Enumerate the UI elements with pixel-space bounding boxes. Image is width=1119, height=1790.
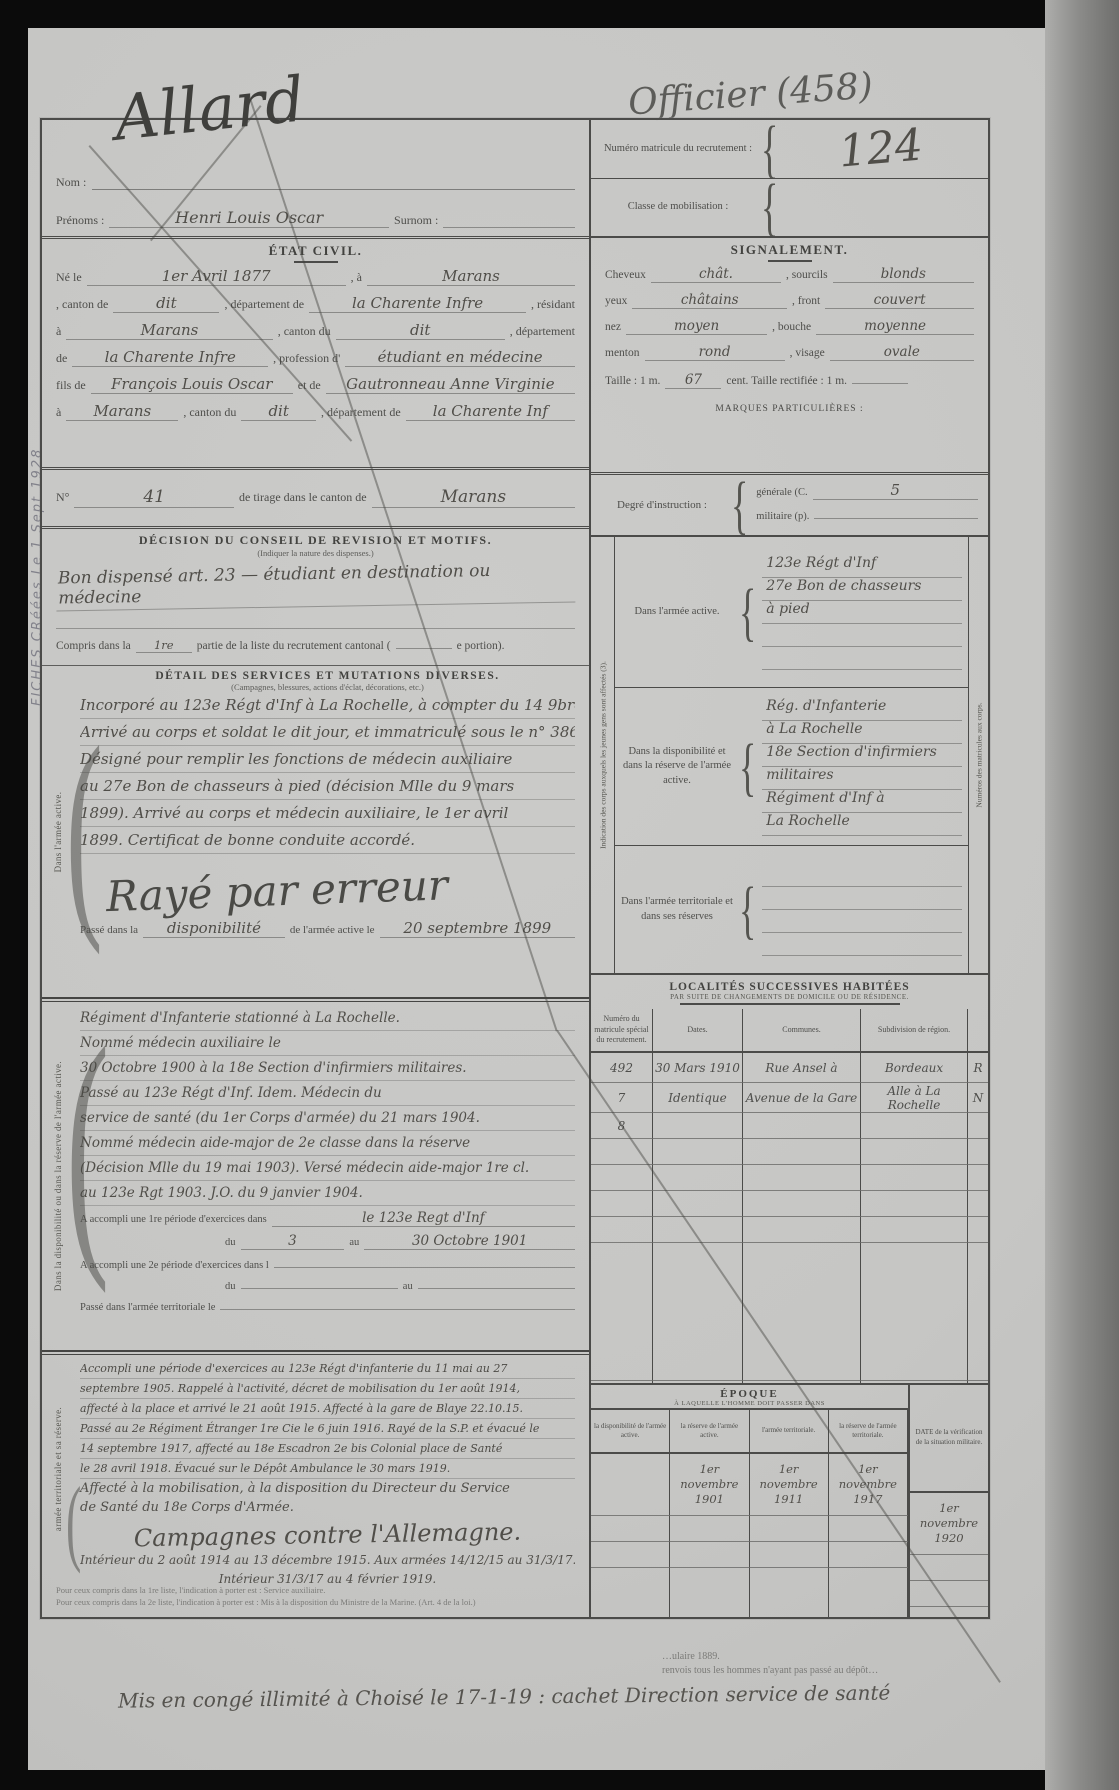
numero-matricule-value: 124: [780, 120, 981, 178]
tirage-number: 41: [74, 487, 234, 508]
handwritten-fill: châtains: [632, 292, 787, 309]
services-line: au 27e Bon de chasseurs à pied (décision…: [80, 773, 575, 800]
footnotes: Pour ceux compris dans la 1re liste, l'i…: [42, 1583, 589, 1617]
empty-cell: [743, 1381, 861, 1383]
blank-ruled-line: [762, 910, 962, 933]
corps-line: La Rochelle: [762, 813, 962, 836]
prenoms-label: Prénoms :: [56, 213, 104, 228]
empty-cell: [591, 1516, 670, 1542]
printed-label: au: [403, 1281, 413, 1292]
tirage-label-2: de tirage dans le canton de: [239, 490, 367, 505]
blank-ruled-line: [762, 647, 962, 670]
services-line: Incorporé au 123e Régt d'Inf à La Rochel…: [80, 692, 575, 719]
signalement-row-4: menton rond , visage ovale: [605, 344, 974, 370]
empty-cell: [591, 1542, 670, 1568]
epoque-left: ÉPOQUE À LAQUELLE L'HOMME DOIT PASSER DA…: [591, 1385, 910, 1617]
corps-active-label: Dans l'armée active.: [621, 605, 733, 619]
reserve-line: au 123e Rgt 1903. J.O. du 9 janvier 1904…: [80, 1181, 575, 1206]
printed-label: menton: [605, 347, 640, 359]
localites-section: LOCALITÉS SUCCESSIVES HABITÉES PAR SUITE…: [591, 975, 988, 1385]
etat-civil-section: ÉTAT CIVIL. Né le 1er Avril 1877 , à Mar…: [42, 239, 589, 467]
empty-cell: [829, 1568, 908, 1617]
decision-handwritten: Bon dispensé art. 23 — étudiant en desti…: [56, 553, 576, 611]
empty-cell: [670, 1542, 749, 1568]
cell-matricule: 492: [591, 1053, 653, 1083]
col-header-subdivision: Subdivision de région.: [861, 1009, 968, 1053]
localites-title: LOCALITÉS SUCCESSIVES HABITÉES: [595, 981, 984, 993]
title-rule: [294, 261, 338, 263]
empty-cell: [591, 1191, 653, 1217]
col-header-dates: Dates.: [653, 1009, 743, 1053]
empty-cell: [968, 1113, 988, 1139]
corps-disponibilite-label: Dans la disponibilité et dans la réserve…: [621, 745, 733, 788]
heading-rule: [680, 1003, 900, 1005]
campagne-detail-line: Intérieur du 2 août 1914 au 13 décembre …: [80, 1551, 575, 1570]
printed-label: , canton du: [278, 324, 331, 339]
epoque-heading: ÉPOQUE À LAQUELLE L'HOMME DOIT PASSER DA…: [591, 1385, 908, 1408]
empty-cell: [861, 1381, 968, 1383]
printed-label: Compris dans la: [56, 640, 131, 652]
handwritten-fill: 20 septembre 1899: [380, 919, 575, 938]
printed-label: fils de: [56, 378, 86, 393]
handwritten-fill: chât.: [651, 266, 781, 283]
corps-line: Régiment d'Inf à: [762, 790, 962, 813]
reserve-side-label: Dans la disponibilité ou dans la réserve…: [53, 1061, 63, 1291]
printed-label: générale (C.: [756, 487, 807, 498]
empty-cell: [743, 1243, 861, 1381]
printed-label: , canton de: [56, 297, 108, 312]
etat-row-1: Né le 1er Avril 1877 , à Marans: [56, 267, 575, 294]
territorial-side-label: armée territoriale et sa réserve.: [53, 1407, 63, 1531]
territorial-line: septembre 1905. Rappelé à l'activité, dé…: [80, 1379, 575, 1399]
left-column: Nom : Allard Prénoms : Henri Louis Oscar…: [42, 120, 591, 1617]
corps-territoriale: Dans l'armée territoriale et dans ses ré…: [615, 845, 968, 973]
empty-cell: [591, 1381, 653, 1383]
printed-label: , canton du: [183, 405, 236, 420]
signalement-row-2: yeux châtains , front couvert: [605, 292, 974, 318]
handwritten-fill: la Charente Infre: [72, 348, 268, 367]
printed-label: à: [56, 405, 61, 420]
territorial-line: le 28 avril 1918. Évacué sur le Dépôt Am…: [80, 1459, 575, 1479]
empty-cell: [861, 1191, 968, 1217]
cell-note: R: [968, 1053, 988, 1083]
campagne-detail-line: Intérieur 31/3/17 au 4 février 1919.: [80, 1570, 575, 1583]
handwritten-fill: moyen: [626, 318, 767, 335]
empty-cell: [910, 1581, 988, 1607]
note-line: renvois tous les hommes n'ayant pas pass…: [662, 1664, 1018, 1678]
cell-matricule: 7: [591, 1083, 653, 1113]
printed-label: , bouche: [772, 321, 811, 333]
cell-subdivision: Alle à La Rochelle: [861, 1083, 968, 1113]
periode-2-dates: du au: [80, 1275, 575, 1292]
epoque-subtitle: À LAQUELLE L'HOMME DOIT PASSER DANS: [593, 1400, 906, 1407]
handwritten-fill: Gautronneau Anne Virginie: [326, 375, 575, 394]
reserve-line: Régiment d'Infanterie stationné à La Roc…: [80, 1006, 575, 1031]
localites-table: Numéro du matricule spécial du recruteme…: [591, 1009, 988, 1383]
epoque-date-column: DATE de la vérification de la situation …: [910, 1385, 988, 1617]
bottom-right-printed-note: …ulaire 1889. renvois tous les hommes n'…: [662, 1650, 1018, 1678]
handwritten-fill: François Louis Oscar: [91, 375, 293, 394]
printed-label: de: [56, 351, 67, 366]
corps-line: 27e Bon de chasseurs: [762, 578, 962, 601]
corps-section: Indication des corps auxquels les jeunes…: [591, 537, 988, 975]
empty-cell: [591, 1568, 670, 1617]
tirage-row: N° 41 de tirage dans le canton de Marans: [42, 470, 589, 526]
empty-cell: [750, 1568, 829, 1617]
empty-cell: [750, 1516, 829, 1542]
printed-label: A accompli une 1re période d'exercices d…: [80, 1214, 267, 1225]
mobilisation-line: Affecté à la mobilisation, à la disposit…: [80, 1479, 575, 1498]
spacer: [80, 1275, 220, 1289]
instruction-value: 5: [813, 481, 978, 500]
title-rule: [768, 260, 812, 262]
territorial-line: 14 septembre 1917, affecté au 18e Escadr…: [80, 1439, 575, 1459]
footnote-line: Pour ceux compris dans la 2e liste, l'in…: [56, 1597, 575, 1608]
handwritten-fill: la Charente Inf: [406, 402, 575, 421]
territorial-line: affecté à la place et arrivé le 21 août …: [80, 1399, 575, 1419]
corps-line: 18e Section d'infirmiers: [762, 744, 962, 767]
empty-cell: [968, 1243, 988, 1381]
reserve-section: Dans la disponibilité ou dans la réserve…: [42, 1002, 589, 1350]
instruction-lines: générale (C. 5 militaire (p).: [756, 481, 978, 529]
signalement-title: SIGNALEMENT.: [605, 242, 974, 258]
signalement-section: SIGNALEMENT. Cheveux chât. , sourcils bl…: [591, 238, 988, 472]
corps-territoriale-label: Dans l'armée territoriale et dans ses ré…: [621, 895, 733, 923]
reserve-line: Nommé médecin aide-major de 2e classe da…: [80, 1131, 575, 1156]
brace-icon: [739, 872, 756, 948]
reserve-line: (Décision Mlle du 19 mai 1903). Versé mé…: [80, 1156, 575, 1181]
footnote-line: Pour ceux compris dans la 1re liste, l'i…: [56, 1585, 575, 1596]
handwritten-fill: couvert: [825, 292, 974, 309]
empty-cell: [968, 1217, 988, 1243]
corps-line: 123e Régt d'Inf: [762, 555, 962, 578]
blank-fill: [241, 1275, 398, 1289]
handwritten-fill: le 123e Regt d'Inf: [272, 1210, 575, 1227]
printed-label: au: [349, 1237, 359, 1248]
epoque-value-3: 1er novembre 1911: [750, 1454, 829, 1516]
territorial-line: Passé au 2e Régiment Étranger 1re Cie le…: [80, 1419, 575, 1439]
services-line: 1899). Arrivé au corps et médecin auxili…: [80, 800, 575, 827]
handwritten-fill: blonds: [833, 266, 974, 283]
empty-cell: [653, 1165, 743, 1191]
reserve-line: 30 Octobre 1900 à la 18e Section d'infir…: [80, 1056, 575, 1081]
numero-matricule-label: Numéro matricule du recrutement :: [599, 142, 757, 156]
prenoms-row: Prénoms : Henri Louis Oscar Surnom :: [42, 198, 589, 236]
corps-side-label: Indication des corps auxquels les jeunes…: [598, 661, 607, 849]
empty-cell: [591, 1217, 653, 1243]
reserve-line: Passé au 123e Régt d'Inf. Idem. Médecin …: [80, 1081, 575, 1106]
marques-label: MARQUES PARTICULIÈRES :: [605, 404, 974, 414]
periode-1-dates: du 3 au 30 Octobre 1901: [80, 1231, 575, 1250]
cell-date: 30 Mars 1910: [653, 1053, 743, 1083]
printed-label: Passé dans la: [80, 924, 138, 936]
page-edge-shadow: [1045, 0, 1119, 1790]
etat-row-5: fils de François Louis Oscar et de Gautr…: [56, 375, 575, 402]
empty-cell: [743, 1139, 861, 1165]
empty-cell: [670, 1516, 749, 1542]
passe-disponibilite-row: Passé dans la disponibilité de l'armée a…: [80, 919, 575, 938]
signalement-row-3: nez moyen , bouche moyenne: [605, 318, 974, 344]
empty-cell: [653, 1381, 743, 1383]
blank-ruled-line: [762, 624, 962, 647]
printed-label: militaire (p).: [756, 511, 809, 522]
surnom-ruled-line: [443, 214, 575, 228]
scanned-document: FICHES CRéées Le 1 Sept 1928 Officier (4…: [0, 0, 1119, 1790]
instruction-militaire-row: militaire (p).: [756, 505, 978, 529]
taille-row: Taille : 1 m. 67 cent. Taille rectifiée …: [605, 370, 974, 396]
etat-row-3: à Marans , canton du dit , département: [56, 321, 575, 348]
nom-ruled-line: [92, 176, 575, 190]
handwritten-fill: Marans: [66, 321, 272, 340]
corps-right-strip: Numéros des matricules aux corps.: [968, 537, 988, 973]
cell-date: Identique: [653, 1083, 743, 1113]
matricule-box: Numéro matricule du recrutement : 124 Cl…: [591, 120, 988, 238]
instruction-label: Degré d'instruction :: [601, 498, 723, 512]
empty-cell: [861, 1139, 968, 1165]
corps-line: militaires: [762, 767, 962, 790]
handwritten-fill: 1re: [136, 638, 192, 653]
classe-mobilisation-value-empty: [783, 199, 980, 216]
territorial-section: armée territoriale et sa réserve. Accomp…: [42, 1355, 589, 1583]
empty-cell: [968, 1381, 988, 1383]
brace-icon: [739, 574, 756, 650]
printed-label: , résidant: [531, 297, 575, 312]
empty-cell: [743, 1113, 861, 1139]
surnom-label: Surnom :: [394, 213, 438, 228]
cell-subdivision: Bordeaux: [861, 1053, 968, 1083]
handwritten-fill: disponibilité: [143, 919, 285, 938]
epoque-date-value: 1er novembre 1920: [910, 1493, 988, 1555]
etat-civil-title: ÉTAT CIVIL.: [56, 243, 575, 259]
blank-fill: [418, 1275, 575, 1289]
col-header-note: [968, 1009, 988, 1053]
empty-cell: [968, 1165, 988, 1191]
tirage-canton: Marans: [372, 487, 575, 508]
passe-territoriale-row: Passé dans l'armée territoriale le: [80, 1296, 575, 1313]
services-subtitle: (Campagnes, blessures, actions d'éclat, …: [80, 682, 575, 692]
blank-ruled-line: [762, 864, 962, 887]
printed-label: du: [225, 1237, 236, 1248]
brace-icon: [739, 729, 756, 805]
blank-ruled-line: [762, 887, 962, 910]
epoque-value-2: 1er novembre 1901: [670, 1454, 749, 1516]
corps-line: Rég. d'Infanterie: [762, 698, 962, 721]
localites-subtitle: PAR SUITE DE CHANGEMENTS DE DOMICILE OU …: [595, 993, 984, 1001]
handwritten-fill: dit: [113, 294, 219, 313]
handwritten-fill: la Charente Infre: [309, 294, 526, 313]
handwritten-fill: dit: [336, 321, 505, 340]
empty-cell: [670, 1568, 749, 1617]
handwritten-fill: Marans: [367, 267, 575, 286]
printed-label: e portion).: [457, 640, 505, 652]
printed-label: Né le: [56, 270, 82, 285]
brace-icon: [761, 120, 778, 178]
handwritten-fill: dit: [241, 402, 316, 421]
empty-cell: [591, 1243, 653, 1381]
brace-icon: [761, 178, 778, 237]
corps-right-label: Numéros des matricules aux corps.: [974, 702, 983, 807]
handwritten-fill: étudiant en médecine: [345, 348, 575, 367]
mobilisation-line: de Santé du 18e Corps d'Armée.: [80, 1498, 575, 1517]
printed-label: yeux: [605, 295, 627, 307]
empty-cell: [861, 1243, 968, 1381]
printed-label: Passé dans l'armée territoriale le: [80, 1302, 215, 1313]
printed-label: , sourcils: [786, 269, 828, 281]
corps-line: à La Rochelle: [762, 721, 962, 744]
decision-title: DÉCISION DU CONSEIL DE REVISION ET MOTIF…: [56, 533, 575, 548]
signalement-row-1: Cheveux chât. , sourcils blonds: [605, 266, 974, 292]
nom-label: Nom :: [56, 175, 86, 190]
cell-commune: Avenue de la Gare: [743, 1083, 861, 1113]
printed-label: A accompli une 2e période d'exercices da…: [80, 1260, 269, 1271]
blank-fill: [852, 370, 908, 384]
epoque-date-header: DATE de la vérification de la situation …: [910, 1385, 988, 1493]
printed-label: Cheveux: [605, 269, 646, 281]
epoque-title: ÉPOQUE: [593, 1388, 906, 1400]
matricule-form: Nom : Allard Prénoms : Henri Louis Oscar…: [40, 118, 990, 1619]
instruction-generale-row: générale (C. 5: [756, 481, 978, 505]
empty-cell: [653, 1113, 743, 1139]
reserve-line: Nommé médecin auxiliaire le: [80, 1031, 575, 1056]
epoque-col-2: la réserve de l'armée active.: [670, 1408, 749, 1454]
blank-fill: [274, 1254, 575, 1268]
empty-cell: [743, 1217, 861, 1243]
nom-handwritten-value: Allard: [111, 68, 307, 150]
services-title: DÉTAIL DES SERVICES ET MUTATIONS DIVERSE…: [80, 670, 575, 682]
empty-cell: [653, 1191, 743, 1217]
blank-ruled-line: [56, 609, 575, 629]
empty-cell: [750, 1542, 829, 1568]
printed-label: , département: [510, 324, 575, 339]
handwritten-fill: 30 Octobre 1901: [364, 1233, 575, 1250]
empty-cell: [591, 1165, 653, 1191]
col-header-matricule: Numéro du matricule spécial du recruteme…: [591, 1009, 653, 1053]
printed-label: nez: [605, 321, 621, 333]
services-side-label: Dans l'armée active.: [53, 791, 63, 872]
classe-mobilisation-row: Classe de mobilisation :: [591, 178, 988, 237]
epoque-value-1: [591, 1454, 670, 1516]
localites-heading: LOCALITÉS SUCCESSIVES HABITÉES PAR SUITE…: [591, 975, 988, 1009]
raye-annotation: Rayé par erreur: [105, 855, 575, 920]
services-section: Dans l'armée active. DÉTAIL DES SERVICES…: [42, 666, 589, 998]
empty-cell: [861, 1217, 968, 1243]
etat-row-4: de la Charente Infre , profession d' étu…: [56, 348, 575, 375]
classe-mobilisation-label: Classe de mobilisation :: [599, 200, 757, 214]
corps-active-lines: 123e Régt d'Inf 27e Bon de chasseurs à p…: [762, 555, 962, 670]
empty-cell: [743, 1191, 861, 1217]
reserve-line: service de santé (du 1er Corps d'armée) …: [80, 1106, 575, 1131]
col-header-communes: Communes.: [743, 1009, 861, 1053]
printed-label: , visage: [790, 347, 825, 359]
decision-section: DÉCISION DU CONSEIL DE REVISION ET MOTIF…: [42, 529, 589, 665]
handwritten-fill: rond: [645, 344, 785, 361]
cell-commune: Rue Ansel à: [743, 1053, 861, 1083]
brace-icon: [731, 467, 748, 543]
printed-label: , front: [792, 295, 820, 307]
compris-row: Compris dans la 1re partie de la liste d…: [56, 635, 575, 653]
epoque-value-4: 1er novembre 1917: [829, 1454, 908, 1516]
epoque-table: la disponibilité de l'armée active. la r…: [591, 1408, 908, 1617]
empty-cell: [861, 1113, 968, 1139]
corps-main: Dans l'armée active. 123e Régt d'Inf 27e…: [615, 537, 968, 973]
services-line: Arrivé au corps et soldat le dit jour, e…: [80, 719, 575, 746]
printed-label: du: [225, 1281, 236, 1292]
blank-fill: [396, 635, 452, 649]
printed-label: Taille : 1 m.: [605, 375, 660, 387]
empty-cell: [743, 1165, 861, 1191]
blank-fill: [220, 1296, 575, 1310]
taille-value: 67: [665, 372, 721, 389]
handwritten-fill: 3: [241, 1233, 345, 1250]
empty-cell: [968, 1139, 988, 1165]
services-line: Désigné pour remplir les fonctions de mé…: [80, 746, 575, 773]
epoque-col-1: la disponibilité de l'armée active.: [591, 1408, 670, 1454]
periode-1-row: A accompli une 1re période d'exercices d…: [80, 1210, 575, 1227]
printed-label: partie de la liste du recrutement canton…: [197, 640, 391, 652]
etat-row-6: à Marans , canton du dit , département d…: [56, 402, 575, 429]
corps-active: Dans l'armée active. 123e Régt d'Inf 27e…: [615, 537, 968, 687]
tirage-label: N°: [56, 490, 69, 505]
instruction-section: Degré d'instruction : générale (C. 5 mil…: [591, 475, 988, 537]
empty-cell: [829, 1542, 908, 1568]
right-column: Numéro matricule du recrutement : 124 Cl…: [591, 120, 988, 1617]
empty-cell: [968, 1191, 988, 1217]
corps-line: à pied: [762, 601, 962, 624]
empty-cell: [653, 1243, 743, 1381]
handwritten-fill: moyenne: [816, 318, 974, 335]
handwritten-fill: Marans: [66, 402, 178, 421]
handwritten-fill: ovale: [830, 344, 974, 361]
corps-disponibilite-lines: Rég. d'Infanterie à La Rochelle 18e Sect…: [762, 698, 962, 836]
cell-note: N: [968, 1083, 988, 1113]
numero-matricule-row: Numéro matricule du recrutement : 124: [591, 120, 988, 178]
empty-cell: [861, 1165, 968, 1191]
corps-disponibilite: Dans la disponibilité et dans la réserve…: [615, 687, 968, 845]
blank-ruled-line: [762, 933, 962, 956]
empty-cell: [653, 1139, 743, 1165]
spacer: [80, 1231, 220, 1245]
corps-left-strip: Indication des corps auxquels les jeunes…: [591, 537, 615, 973]
blank-fill: [814, 505, 978, 519]
periode-2-row: A accompli une 2e période d'exercices da…: [80, 1254, 575, 1271]
services-line: 1899. Certificat de bonne conduite accor…: [80, 827, 575, 854]
epoque-section: ÉPOQUE À LAQUELLE L'HOMME DOIT PASSER DA…: [591, 1385, 988, 1617]
printed-label: de l'armée active le: [290, 924, 375, 936]
campagnes-annotation: Campagnes contre l'Allemagne.: [80, 1517, 575, 1554]
printed-label: cent. Taille rectifiée : 1 m.: [726, 375, 847, 387]
printed-label: à: [56, 324, 61, 339]
note-line: …ulaire 1889.: [662, 1650, 1018, 1664]
printed-label: , à: [351, 270, 362, 285]
corps-territoriale-lines: [762, 864, 962, 956]
territorial-line: Accompli une période d'exercices au 123e…: [80, 1359, 575, 1379]
